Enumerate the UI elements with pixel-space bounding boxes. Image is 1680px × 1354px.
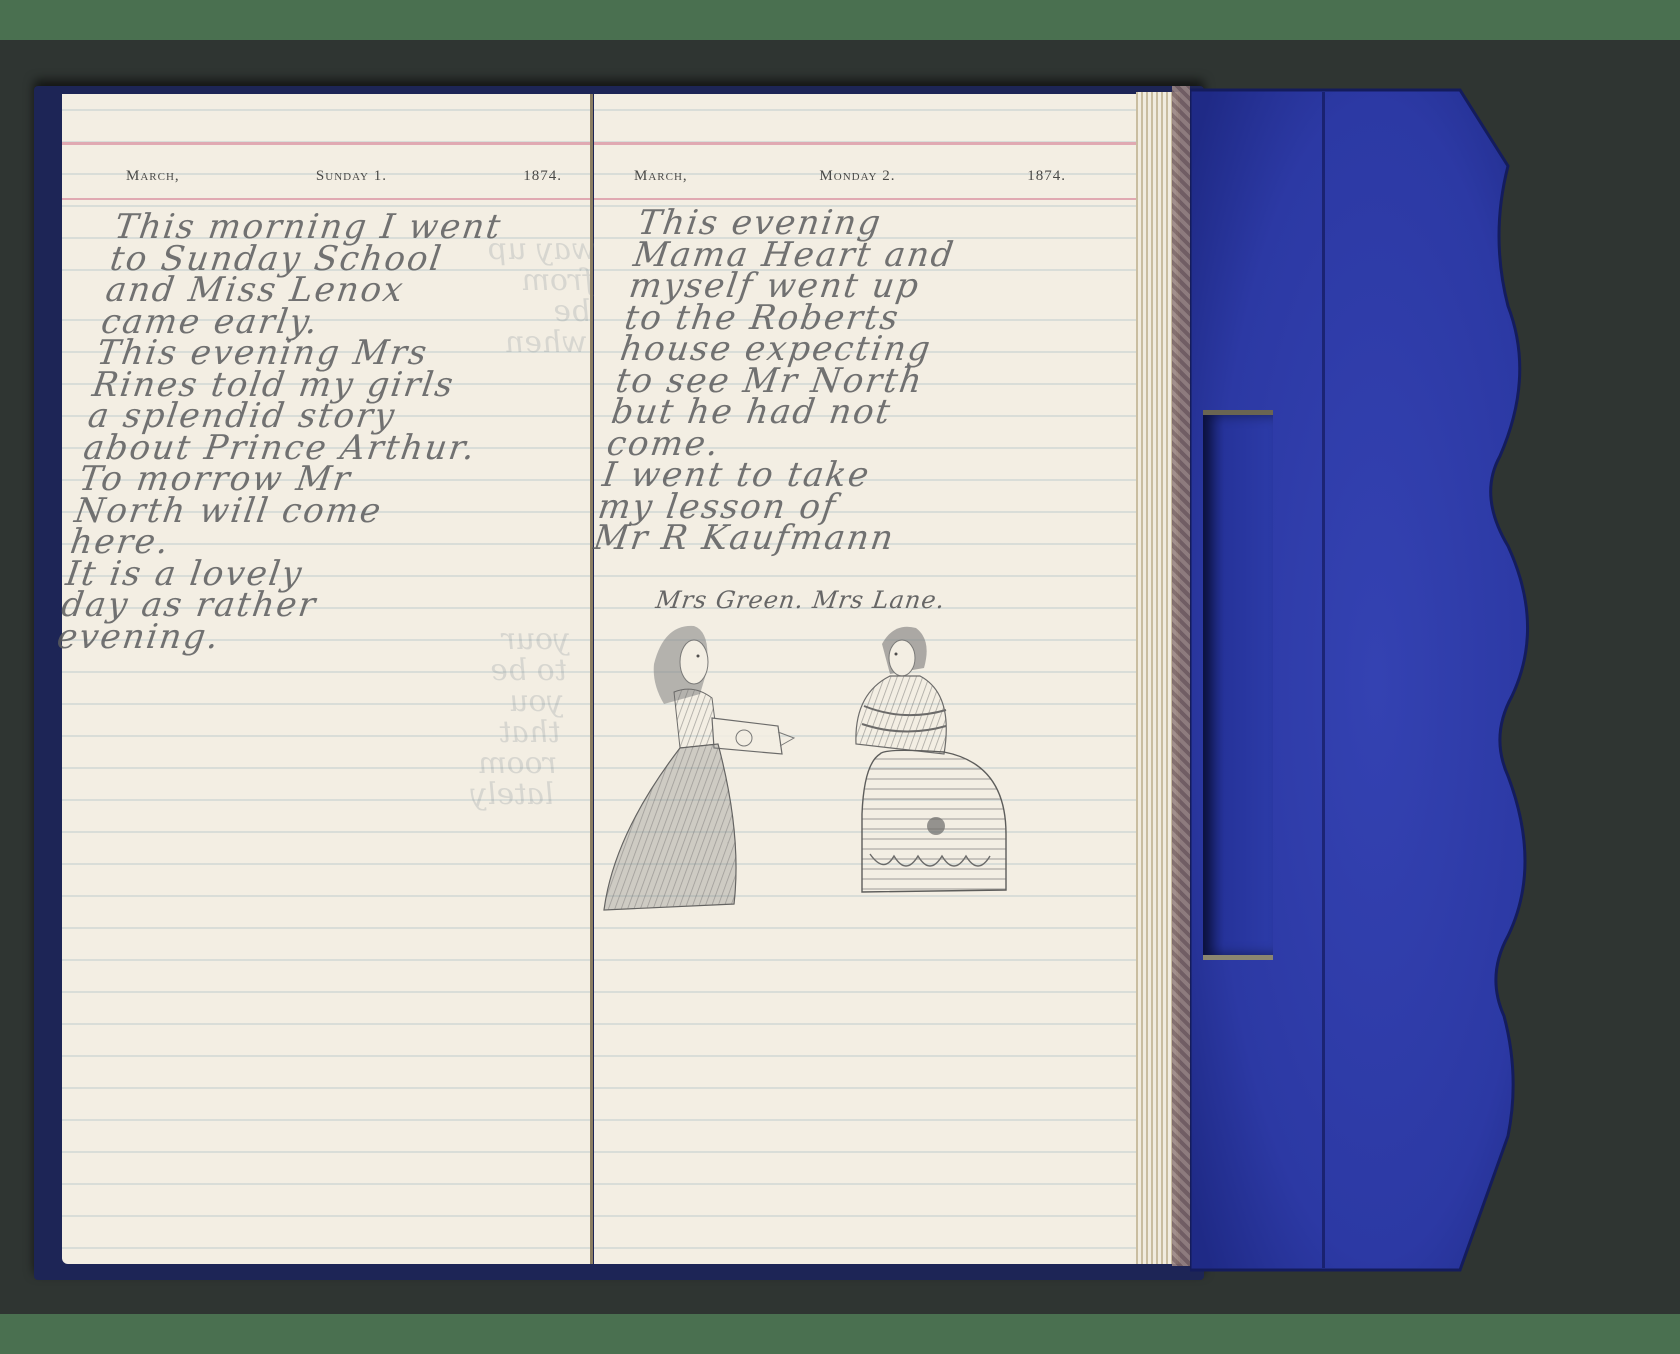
header-rule-bottom (62, 198, 592, 200)
right-page-header: March, Monday 2. 1874. (594, 164, 1136, 188)
right-header-day: Monday 2. (819, 168, 895, 185)
left-diary-entry: This morning I went to Sunday School and… (55, 212, 617, 653)
header-rule-top (62, 142, 592, 145)
marbled-endpaper-edge (1172, 86, 1190, 1266)
pen-loop (1203, 410, 1273, 960)
left-header-year: 1874. (523, 168, 562, 185)
left-page: March, Sunday 1. 1874. way up from be wh… (62, 94, 592, 1264)
right-header-year: 1874. (1027, 168, 1066, 185)
figure-mrs-green (604, 626, 794, 910)
left-header-day: Sunday 1. (316, 168, 387, 185)
drawing-caption: Mrs Green. Mrs Lane. (654, 586, 947, 614)
page-gutter (590, 94, 593, 1264)
cover-seam (1322, 92, 1325, 1268)
pencil-sketch-two-women (594, 614, 1134, 944)
right-diary-entry: This evening Mama Heart and myself went … (592, 208, 1161, 555)
right-header-month: March, (634, 168, 688, 185)
header-rule-bottom (594, 198, 1136, 200)
figure-mrs-lane (856, 627, 1006, 892)
left-page-header: March, Sunday 1. 1874. (62, 164, 592, 188)
header-rule-top (594, 142, 1136, 145)
left-header-month: March, (126, 168, 180, 185)
right-page: March, Monday 2. 1874. This evening Mama… (594, 94, 1136, 1264)
